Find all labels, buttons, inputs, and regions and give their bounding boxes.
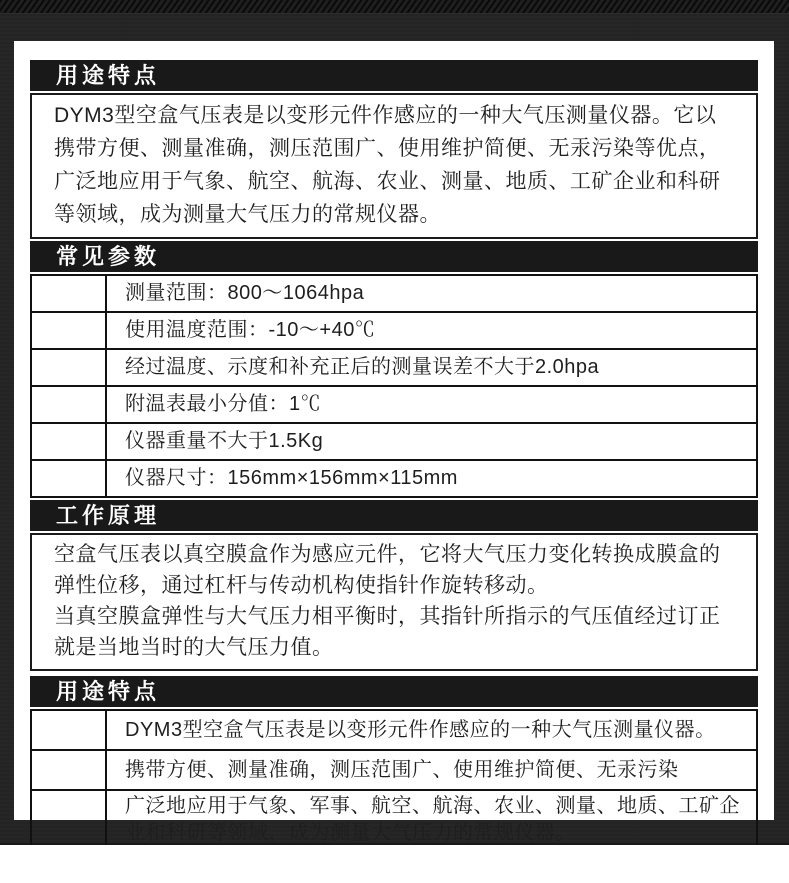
row-value-cell: 广泛地应用于气象、军事、航空、航海、农业、测量、地质、工矿企业和科研等领域，成为… xyxy=(106,790,757,850)
section-title: 工作原理 xyxy=(56,503,160,528)
row-value-cell: 测量范围：800～1064hpa xyxy=(106,275,757,312)
table-row: 使用温度范围：-10～+40℃ xyxy=(31,312,757,349)
table-row: DYM3型空盒气压表是以变形元件作感应的一种大气压测量仪器。 xyxy=(31,710,757,750)
section-header-parameters: 常见参数 xyxy=(30,241,758,272)
row-index-cell xyxy=(31,750,106,790)
bottom-white-strip xyxy=(0,845,789,883)
row-index-cell xyxy=(31,312,106,349)
row-value-cell: 使用温度范围：-10～+40℃ xyxy=(106,312,757,349)
principle-paragraph-1: 空盒气压表以真空膜盒作为感应元件，它将大气压力变化转换成膜盒的弹性位移，通过杠杆… xyxy=(54,539,734,601)
product-description-page: 用途特点 DYM3型空盒气压表是以变形元件作感应的一种大气压测量仪器。它以携带方… xyxy=(0,0,789,883)
principle-paragraph-2: 当真空膜盒弹性与大气压力相平衡时，其指针所指示的气压值经过订正就是当地当时的大气… xyxy=(54,601,734,663)
purpose-top-paragraph: DYM3型空盒气压表是以变形元件作感应的一种大气压测量仪器。它以携带方便、测量准… xyxy=(54,99,734,231)
table-row: 携带方便、测量准确，测压范围广、使用维护简便、无汞污染 xyxy=(31,750,757,790)
row-value-cell: 仪器尺寸：156mm×156mm×115mm xyxy=(106,460,757,497)
section-header-principle: 工作原理 xyxy=(30,500,758,531)
row-index-cell xyxy=(31,460,106,497)
top-texture-band xyxy=(0,0,789,14)
table-row: 经过温度、示度和补充正后的测量误差不大于2.0hpa xyxy=(31,349,757,386)
table-row: 仪器重量不大于1.5Kg xyxy=(31,423,757,460)
row-index-cell xyxy=(31,386,106,423)
section-title: 用途特点 xyxy=(56,679,160,704)
section-title: 用途特点 xyxy=(56,63,160,88)
row-index-cell xyxy=(31,710,106,750)
row-value-cell: 经过温度、示度和补充正后的测量误差不大于2.0hpa xyxy=(106,349,757,386)
parameters-table: 测量范围：800～1064hpa 使用温度范围：-10～+40℃ 经过温度、示度… xyxy=(30,274,758,498)
section-header-purpose-bottom: 用途特点 xyxy=(30,676,758,707)
purpose-top-paragraph-box: DYM3型空盒气压表是以变形元件作感应的一种大气压测量仪器。它以携带方便、测量准… xyxy=(30,93,758,239)
section-title: 常见参数 xyxy=(56,244,160,269)
table-row: 附温表最小分值：1℃ xyxy=(31,386,757,423)
section-header-purpose-top: 用途特点 xyxy=(30,60,758,91)
row-index-cell xyxy=(31,349,106,386)
row-index-cell xyxy=(31,275,106,312)
content-panel: 用途特点 DYM3型空盒气压表是以变形元件作感应的一种大气压测量仪器。它以携带方… xyxy=(14,41,774,820)
table-row: 仪器尺寸：156mm×156mm×115mm xyxy=(31,460,757,497)
row-value-cell: 携带方便、测量准确，测压范围广、使用维护简便、无汞污染 xyxy=(106,750,757,790)
table-row: 广泛地应用于气象、军事、航空、航海、农业、测量、地质、工矿企业和科研等领域，成为… xyxy=(31,790,757,850)
row-value-cell: DYM3型空盒气压表是以变形元件作感应的一种大气压测量仪器。 xyxy=(106,710,757,750)
row-value-cell: 附温表最小分值：1℃ xyxy=(106,386,757,423)
purpose-bottom-table: DYM3型空盒气压表是以变形元件作感应的一种大气压测量仪器。 携带方便、测量准确… xyxy=(30,709,758,851)
principle-paragraph-box: 空盒气压表以真空膜盒作为感应元件，它将大气压力变化转换成膜盒的弹性位移，通过杠杆… xyxy=(30,533,758,671)
row-index-cell xyxy=(31,790,106,850)
row-value-cell: 仪器重量不大于1.5Kg xyxy=(106,423,757,460)
table-row: 测量范围：800～1064hpa xyxy=(31,275,757,312)
row-index-cell xyxy=(31,423,106,460)
